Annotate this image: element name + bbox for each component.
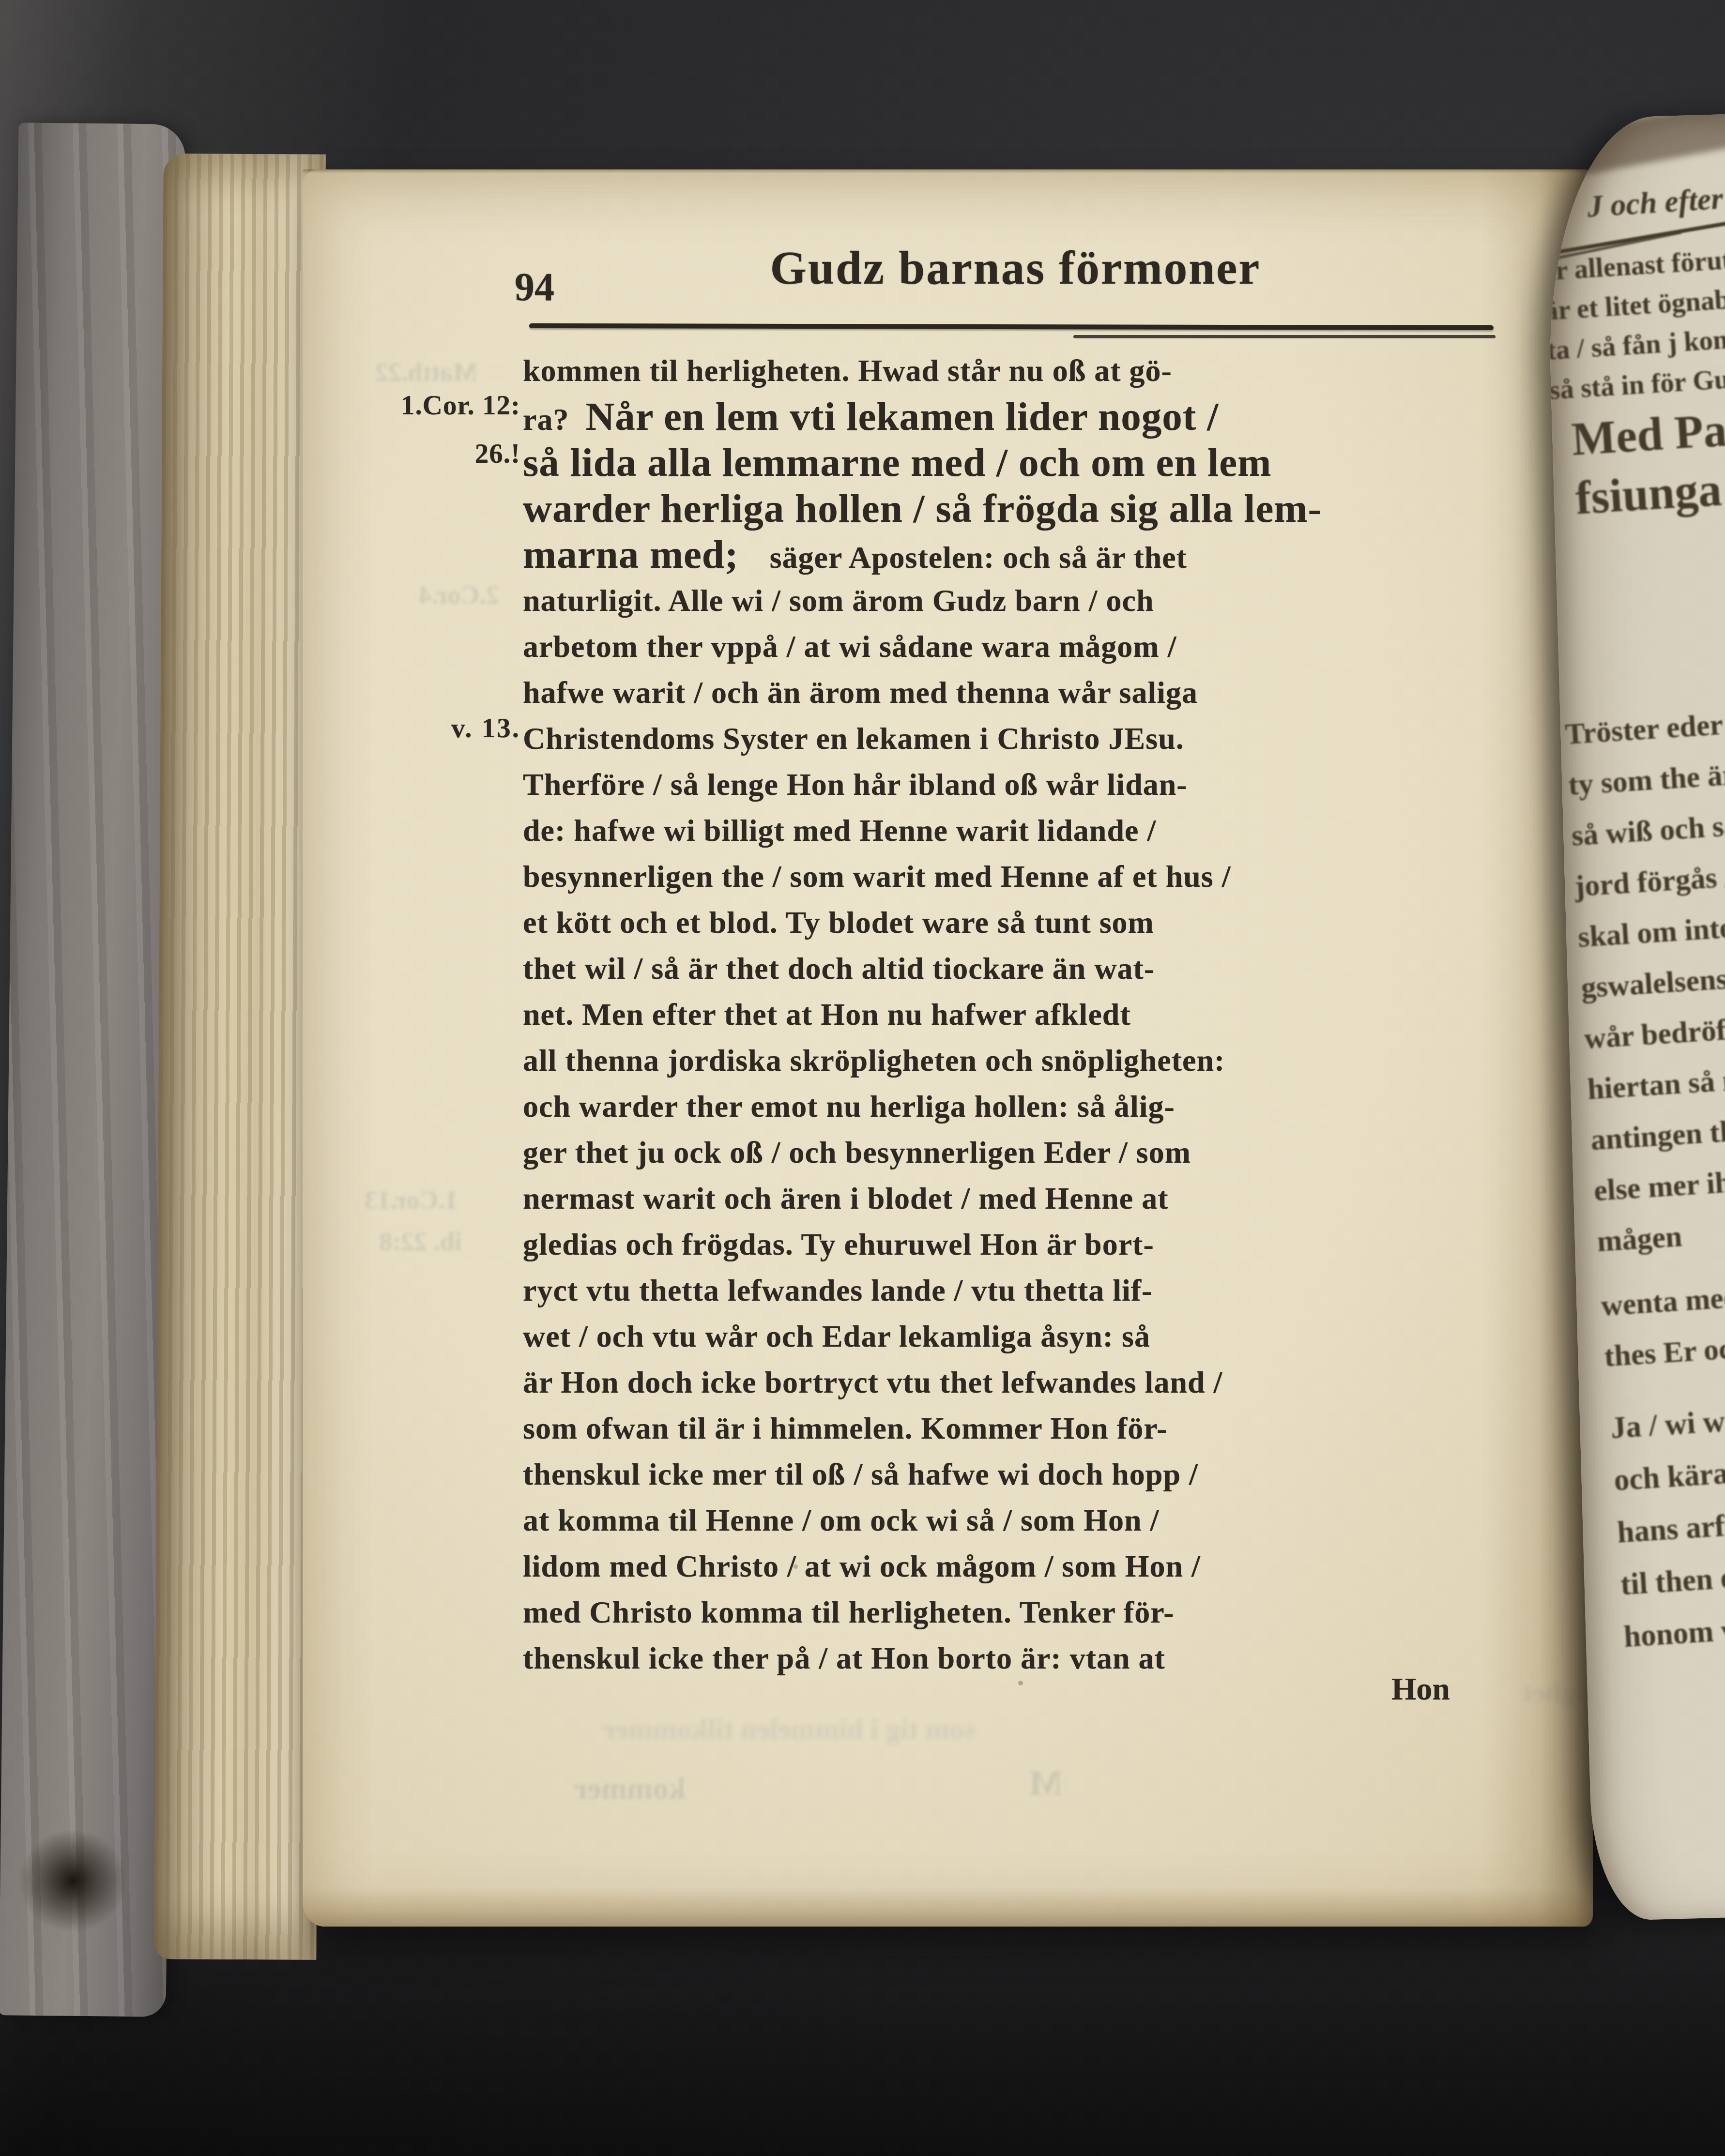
- text-fragment: Tröster eder J sörg: [1564, 693, 1725, 760]
- text-line: marna med;säger Apostelen: och så är the…: [523, 531, 1520, 577]
- text-line: thet wil / så är thet doch altid tiockar…: [523, 945, 1520, 991]
- header-rule: [529, 323, 1494, 330]
- printed-page-content: 94 Gudz barnas förmoner 1.Cor. 12: 26.! …: [303, 169, 1593, 1927]
- text-line: så lida alla lemmarne med / och om en le…: [523, 440, 1520, 486]
- text-line: de: hafwe wi billigt med Henne warit lid…: [523, 807, 1520, 853]
- text-line: ryct vtu thetta lefwandes lande / vtu th…: [523, 1267, 1520, 1313]
- paper-speck: [794, 1564, 798, 1569]
- text-line: at komma til Henne / om ock wi så / som …: [523, 1497, 1520, 1543]
- facing-running-title: J och efter d: [1586, 179, 1725, 225]
- text-line: kommen til herligheten. Hwad står nu oß …: [523, 348, 1520, 394]
- margin-note-verse13: v. 13.: [331, 713, 520, 744]
- text-line: ra?Når en lem vti lekamen lider nogot /: [523, 394, 1520, 440]
- text-line: som ofwan til är i himmelen. Kommer Hon …: [523, 1405, 1520, 1451]
- text-line: thenskul icke mer til oß / så hafwe wi d…: [523, 1451, 1520, 1497]
- text-line: all thenna jordiska skröpligheten och sn…: [523, 1037, 1520, 1083]
- text-line: arbetom ther vppå / at wi sådane wara må…: [523, 623, 1520, 669]
- text-line: warder herliga hollen / så frögda sig al…: [523, 486, 1520, 531]
- text-line: nermast warit och ären i blodet / med He…: [523, 1175, 1520, 1221]
- facing-paragraph: Ja / wi wende oß och kära himmelsk hans …: [1609, 1386, 1725, 1663]
- facing-paragraph: Tröster eder J sörg ty som the äro Gud s…: [1564, 693, 1725, 1382]
- text-line: ger thet ju ock oß / och besynnerligen E…: [523, 1129, 1520, 1175]
- text-line: lidom med Christo / at wi ock mågom / so…: [523, 1543, 1520, 1589]
- text-fragment: wenta med glä: [1600, 1264, 1725, 1332]
- header-rule-secondary: [1073, 335, 1496, 338]
- page-stack-edge: [154, 153, 326, 1960]
- text-line: med Christo komma til herligheten. Tenke…: [523, 1589, 1520, 1635]
- ghost-text: ib. 22:8: [379, 1227, 462, 1257]
- running-title: Gudz barnas förmoner: [530, 241, 1501, 295]
- book-page: 94 Gudz barnas förmoner 1.Cor. 12: 26.! …: [303, 169, 1593, 1927]
- ghost-text: 1.Cor.13: [365, 1185, 458, 1215]
- text-line: och warder ther emot nu herliga hollen: …: [523, 1083, 1520, 1129]
- text-line: besynnerligen the / som warit med Henne …: [523, 853, 1520, 899]
- margin-note-citation: 1.Cor. 12:: [331, 390, 520, 421]
- ghost-text: som tig i himmelen tilkommer: [603, 1713, 976, 1746]
- body-text: kommen til herligheten. Hwad står nu oß …: [523, 348, 1520, 1681]
- margin-note-verse: 26.!: [331, 438, 520, 470]
- facing-large-lines: Med Palm fsiunga lambet fö: [1570, 388, 1725, 528]
- facing-paragraph: är allenast förut genge är et litet ögna…: [1543, 235, 1725, 410]
- ghost-text: 2.Cor.4: [419, 580, 499, 610]
- binding-shadow-blob: [18, 1829, 127, 1933]
- text-line: Therföre / så lenge Hon hår ibland oß wå…: [523, 761, 1520, 807]
- text-fragment: Ja / wi wende oß: [1609, 1386, 1725, 1454]
- ghost-text: Matth.22: [375, 357, 477, 387]
- text-line: hafwe warit / och än ärom med thenna wår…: [523, 669, 1520, 715]
- text-line: et kött och et blod. Ty blodet ware så t…: [523, 899, 1520, 945]
- ghost-text: kommer: [574, 1771, 686, 1807]
- text-line: wet / och vtu wår och Edar lekamliga åsy…: [523, 1313, 1520, 1359]
- text-line: Christendoms Syster en lekamen i Christo…: [523, 715, 1520, 761]
- catchword: Hon: [1261, 1671, 1450, 1708]
- ghost-signature: M: [1029, 1763, 1063, 1804]
- book-photograph: 94 Gudz barnas förmoner 1.Cor. 12: 26.! …: [0, 0, 1725, 2156]
- text-line: gledias och frögdas. Ty ehuruwel Hon är …: [523, 1221, 1520, 1267]
- text-line: naturligit. Alle wi / som ärom Gudz barn…: [523, 577, 1520, 623]
- text-line: net. Men efter thet at Hon nu hafwer afk…: [523, 991, 1520, 1037]
- text-line: är Hon doch icke bortryct vtu thet lefwa…: [523, 1359, 1520, 1405]
- paper-speck: [1018, 1681, 1023, 1685]
